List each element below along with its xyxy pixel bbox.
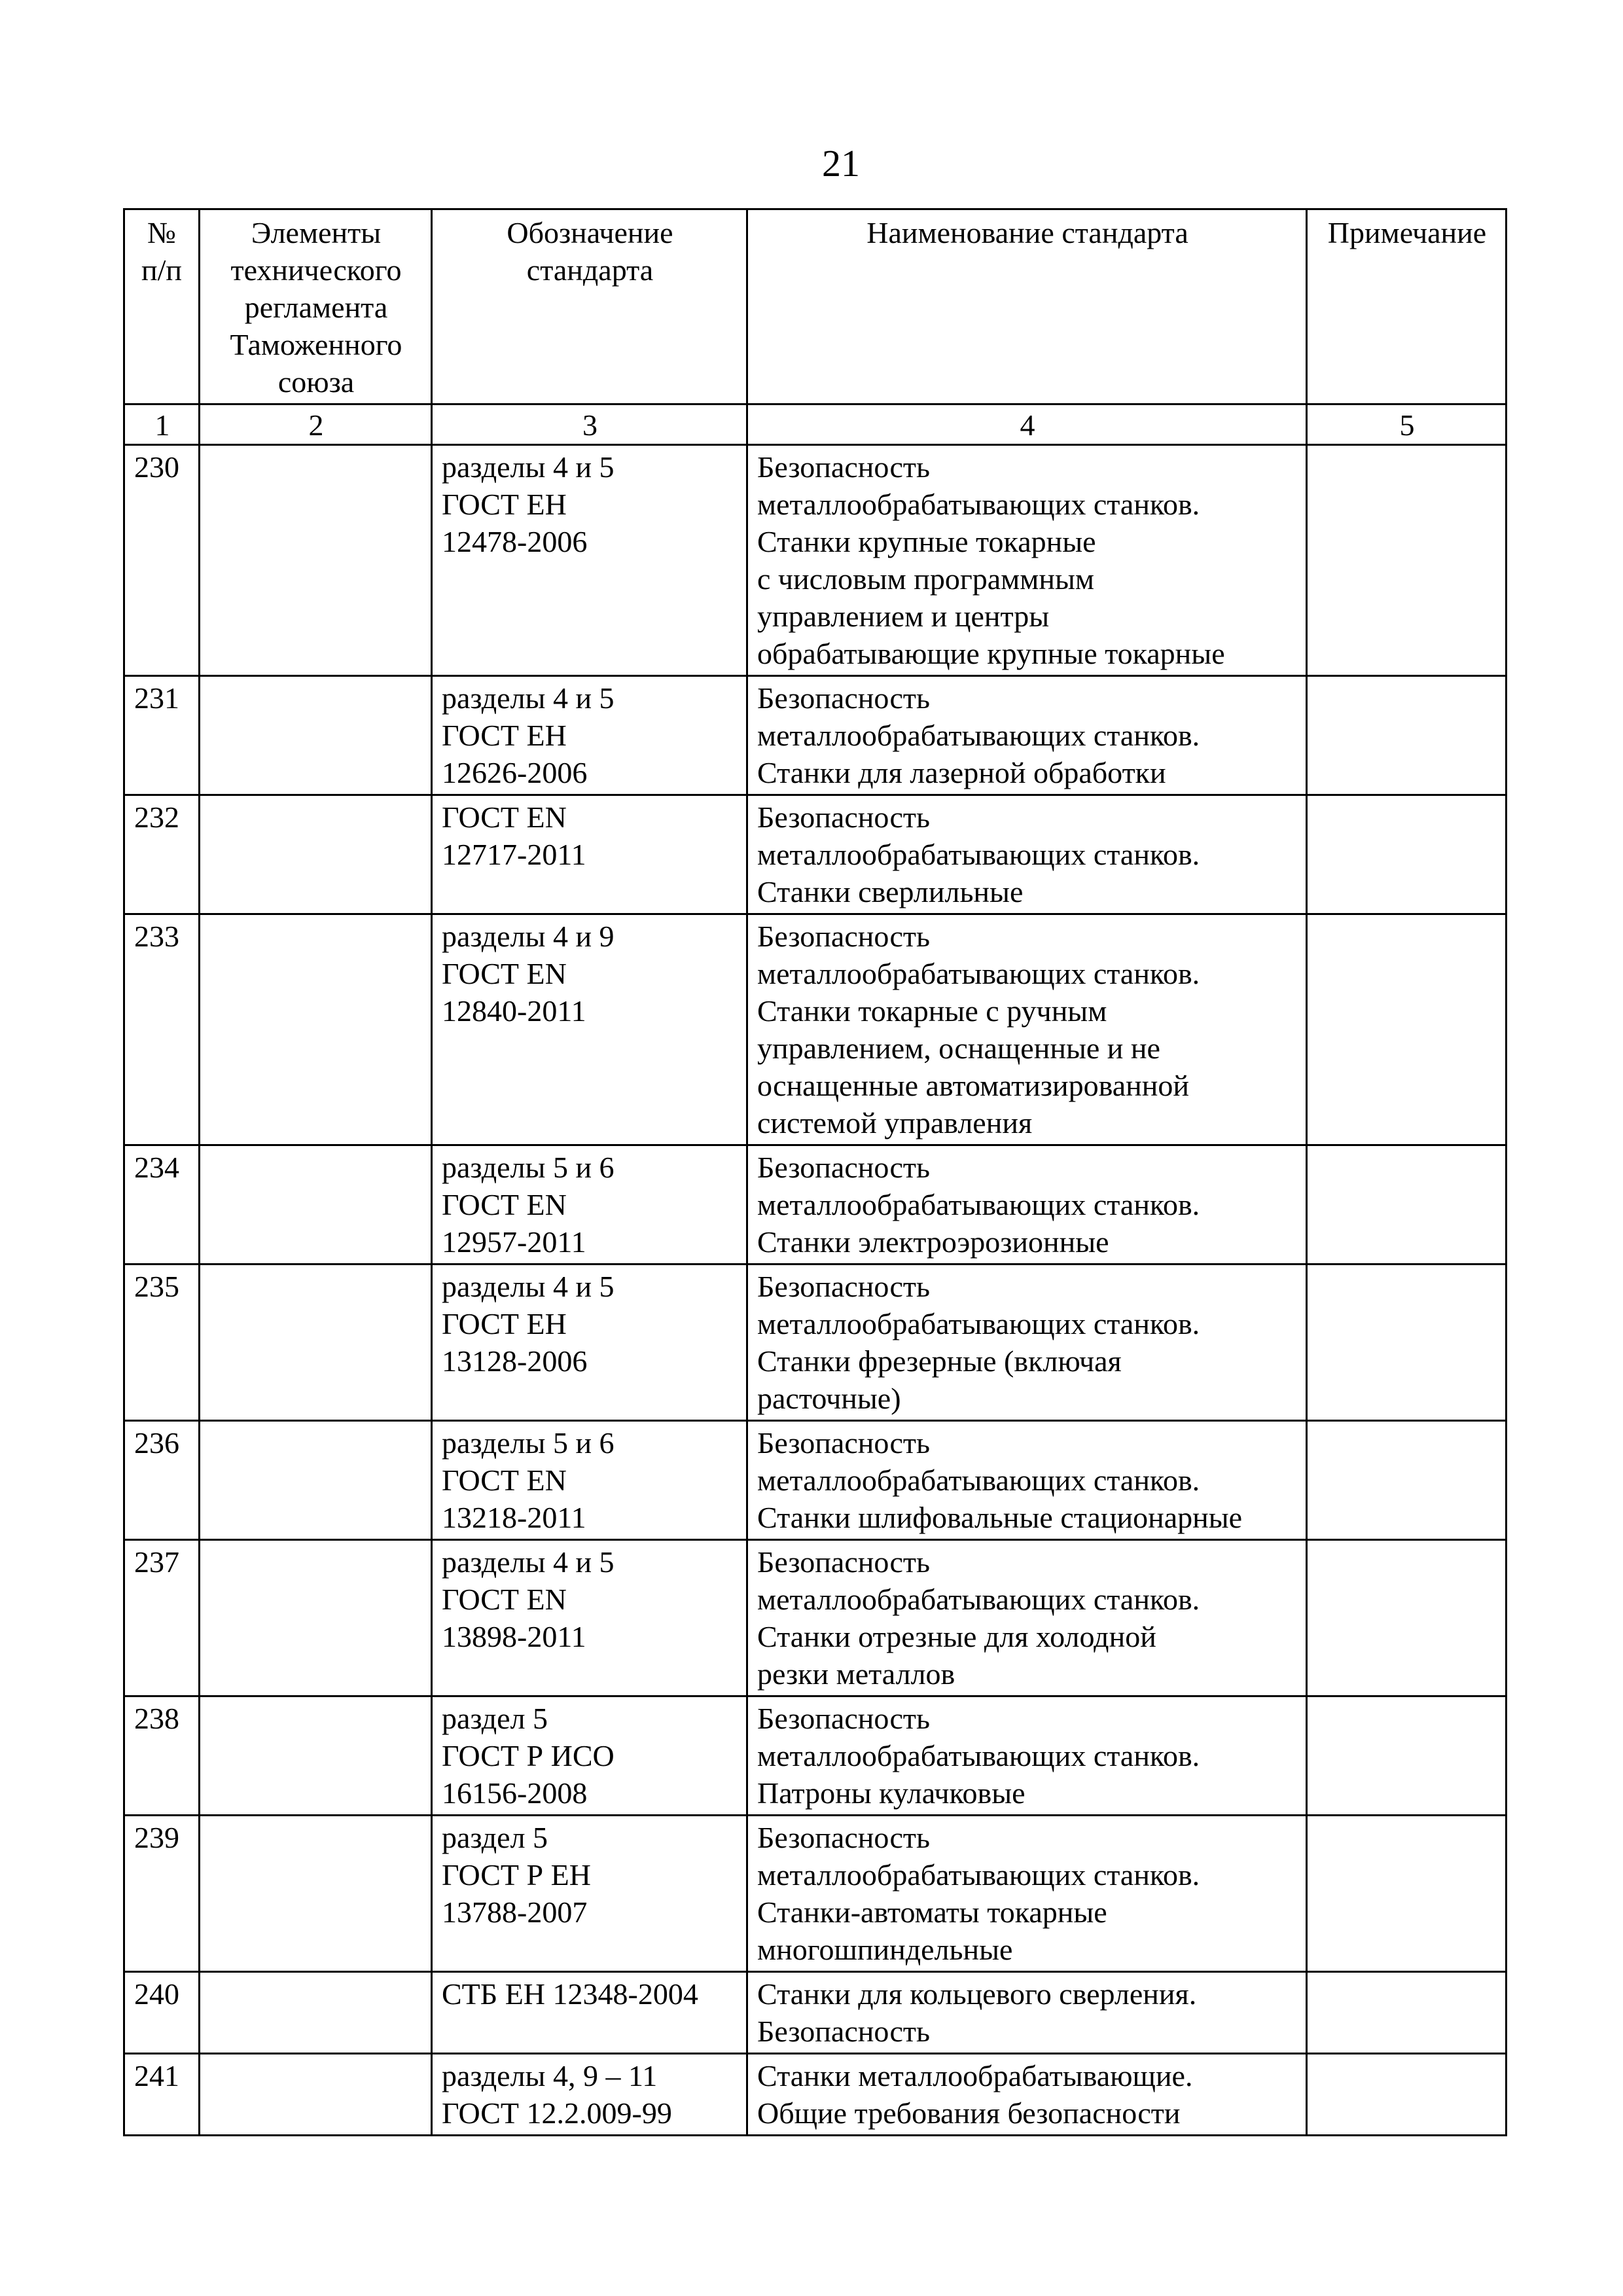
table-row: 230разделы 4 и 5ГОСТ ЕН12478-2006Безопас… [124,445,1507,676]
text-line: 12957-2011 [442,1223,738,1261]
row-number: 234 [124,1145,200,1265]
standard-name: Безопасностьметаллообрабатывающих станко… [747,1816,1307,1972]
text-line: 12478-2006 [442,523,738,560]
standard-designation: разделы 4 и 5ГОСТ EN13898-2011 [432,1540,747,1696]
table-row: 231разделы 4 и 5ГОСТ ЕН12626-2006Безопас… [124,676,1507,795]
row-number: 237 [124,1540,200,1696]
standard-name: Безопасностьметаллообрабатывающих станко… [747,914,1307,1145]
text-line: разделы 4 и 9 [442,918,738,955]
standard-designation: разделы 5 и 6ГОСТ EN13218-2011 [432,1421,747,1540]
regulation-element [200,676,432,795]
table-row: 235разделы 4 и 5ГОСТ ЕН13128-2006Безопас… [124,1265,1507,1421]
text-line: 12626-2006 [442,754,738,791]
standards-table: №п/п ЭлементытехническогорегламентаТамож… [123,208,1507,2136]
header-note: Примечание [1307,209,1507,404]
text-line: системой управления [757,1104,1298,1141]
text-line: резки металлов [757,1655,1298,1693]
text-line: 13128-2006 [442,1342,738,1380]
text-line: Станки крупные токарные [757,523,1298,560]
table-row: 239раздел 5ГОСТ Р ЕН13788-2007Безопаснос… [124,1816,1507,1972]
text-line: металлообрабатывающих станков. [757,1305,1298,1342]
row-number: 232 [124,795,200,914]
column-number: 1 [124,404,200,445]
text-line: ГОСТ ЕН [442,717,738,754]
note [1307,1540,1507,1696]
table-row: 240СТБ ЕН 12348-2004Станки для кольцевог… [124,1972,1507,2054]
note [1307,1816,1507,1972]
text-line: п/п [128,251,196,289]
text-line: № [128,214,196,251]
standard-name: Безопасностьметаллообрабатывающих станко… [747,1696,1307,1816]
note [1307,914,1507,1145]
text-line: Станки для кольцевого сверления. [757,1975,1298,2013]
standard-designation: разделы 4 и 5ГОСТ ЕН13128-2006 [432,1265,747,1421]
text-line: металлообрабатывающих станков. [757,836,1298,873]
standard-name: Безопасностьметаллообрабатывающих станко… [747,1421,1307,1540]
standard-designation: разделы 4 и 5ГОСТ ЕН12478-2006 [432,445,747,676]
text-line: Патроны кулачковые [757,1774,1298,1812]
standard-designation: раздел 5ГОСТ Р ЕН13788-2007 [432,1816,747,1972]
column-number: 5 [1307,404,1507,445]
standard-designation: разделы 4 и 5ГОСТ ЕН12626-2006 [432,676,747,795]
text-line: с числовым программным [757,560,1298,598]
text-line: 13898-2011 [442,1618,738,1655]
text-line: металлообрабатывающих станков. [757,1462,1298,1499]
text-line: Станки металлообрабатывающие. [757,2057,1298,2094]
regulation-element [200,1540,432,1696]
text-line: Безопасность [757,798,1298,836]
text-line: металлообрабатывающих станков. [757,1581,1298,1618]
text-line: ГОСТ ЕН [442,1305,738,1342]
text-line: 16156-2008 [442,1774,738,1812]
standard-designation: разделы 4 и 9ГОСТ EN12840-2011 [432,914,747,1145]
text-line: Станки фрезерные (включая [757,1342,1298,1380]
regulation-element [200,1421,432,1540]
text-line: разделы 4 и 5 [442,1543,738,1581]
text-line: многошпиндельные [757,1931,1298,1968]
note [1307,1972,1507,2054]
page-number: 21 [0,141,1623,187]
standard-name: Безопасностьметаллообрабатывающих станко… [747,1145,1307,1265]
text-line: разделы 5 и 6 [442,1149,738,1186]
note [1307,1265,1507,1421]
column-number: 4 [747,404,1307,445]
note [1307,1421,1507,1540]
regulation-element [200,914,432,1145]
note [1307,676,1507,795]
text-line: ГОСТ EN [442,798,738,836]
table-body: 230разделы 4 и 5ГОСТ ЕН12478-2006Безопас… [124,445,1507,2136]
text-line: Наименование стандарта [757,214,1298,251]
text-line: Безопасность [757,1424,1298,1462]
regulation-element [200,1972,432,2054]
table-row: 241разделы 4, 9 – 11ГОСТ 12.2.009-99Стан… [124,2054,1507,2136]
text-line: Элементы [209,214,423,251]
row-number: 241 [124,2054,200,2136]
text-line: ГОСТ Р ЕН [442,1856,738,1893]
row-number: 231 [124,676,200,795]
regulation-element [200,1816,432,1972]
note [1307,795,1507,914]
text-line: Таможенного [209,326,423,363]
table-row: 237разделы 4 и 5ГОСТ EN13898-2011Безопас… [124,1540,1507,1696]
note [1307,1145,1507,1265]
regulation-element [200,2054,432,2136]
text-line: разделы 4 и 5 [442,448,738,486]
regulation-element [200,445,432,676]
text-line: обрабатывающие крупные токарные [757,635,1298,672]
text-line: Станки шлифовальные стационарные [757,1499,1298,1536]
text-line: разделы 4, 9 – 11 [442,2057,738,2094]
text-line: Обозначение [442,214,738,251]
text-line: разделы 4 и 5 [442,679,738,717]
text-line: металлообрабатывающих станков. [757,1186,1298,1223]
text-line: расточные) [757,1380,1298,1417]
row-number: 236 [124,1421,200,1540]
standard-designation: раздел 5ГОСТ Р ИСО16156-2008 [432,1696,747,1816]
row-number: 240 [124,1972,200,2054]
text-line: раздел 5 [442,1819,738,1856]
standard-designation: СТБ ЕН 12348-2004 [432,1972,747,2054]
note [1307,2054,1507,2136]
table-row: 238раздел 5ГОСТ Р ИСО16156-2008Безопасно… [124,1696,1507,1816]
text-line: ГОСТ EN [442,1581,738,1618]
text-line: Безопасность [757,918,1298,955]
header-elements: ЭлементытехническогорегламентаТаможенног… [200,209,432,404]
text-line: Примечание [1317,214,1497,251]
table-row: 236разделы 5 и 6ГОСТ EN13218-2011Безопас… [124,1421,1507,1540]
standard-name: Безопасностьметаллообрабатывающих станко… [747,1540,1307,1696]
text-line: Общие требования безопасности [757,2094,1298,2132]
text-line: стандарта [442,251,738,289]
text-line: Станки сверлильные [757,873,1298,910]
text-line: разделы 4 и 5 [442,1268,738,1305]
regulation-element [200,1696,432,1816]
column-number: 2 [200,404,432,445]
text-line: металлообрабатывающих станков. [757,717,1298,754]
text-line: Станки отрезные для холодной [757,1618,1298,1655]
text-line: 13788-2007 [442,1893,738,1931]
regulation-element [200,1265,432,1421]
standard-name: Безопасностьметаллообрабатывающих станко… [747,445,1307,676]
column-number: 3 [432,404,747,445]
standard-designation: разделы 5 и 6ГОСТ EN12957-2011 [432,1145,747,1265]
row-number: 235 [124,1265,200,1421]
table-row: 234разделы 5 и 6ГОСТ EN12957-2011Безопас… [124,1145,1507,1265]
standard-name: Безопасностьметаллообрабатывающих станко… [747,1265,1307,1421]
text-line: Безопасность [757,1543,1298,1581]
text-line: ГОСТ EN [442,1186,738,1223]
text-line: Станки электроэрозионные [757,1223,1298,1261]
standard-designation: ГОСТ EN12717-2011 [432,795,747,914]
regulation-element [200,795,432,914]
standard-name: Станки металлообрабатывающие.Общие требо… [747,2054,1307,2136]
text-line: ГОСТ EN [442,1462,738,1499]
row-number: 230 [124,445,200,676]
text-line: СТБ ЕН 12348-2004 [442,1975,738,2013]
text-line: управлением, оснащенные и не [757,1030,1298,1067]
regulation-element [200,1145,432,1265]
text-line: разделы 5 и 6 [442,1424,738,1462]
note [1307,1696,1507,1816]
text-line: регламента [209,289,423,326]
text-line: ГОСТ EN [442,955,738,992]
text-line: Безопасность [757,1700,1298,1737]
text-line: управлением и центры [757,598,1298,635]
column-number-row: 1 2 3 4 5 [124,404,1507,445]
text-line: союза [209,363,423,401]
text-line: технического [209,251,423,289]
row-number: 239 [124,1816,200,1972]
text-line: металлообрабатывающих станков. [757,955,1298,992]
standard-name: Станки для кольцевого сверления.Безопасн… [747,1972,1307,2054]
text-line: металлообрабатывающих станков. [757,1856,1298,1893]
text-line: ГОСТ 12.2.009-99 [442,2094,738,2132]
text-line: Безопасность [757,1268,1298,1305]
text-line: металлообрабатывающих станков. [757,1737,1298,1774]
text-line: Станки для лазерной обработки [757,754,1298,791]
table-row: 233разделы 4 и 9ГОСТ EN12840-2011Безопас… [124,914,1507,1145]
text-line: Станки токарные с ручным [757,992,1298,1030]
header-standard-name: Наименование стандарта [747,209,1307,404]
text-line: Безопасность [757,448,1298,486]
table-header-row: №п/п ЭлементытехническогорегламентаТамож… [124,209,1507,404]
text-line: 12840-2011 [442,992,738,1030]
note [1307,445,1507,676]
text-line: оснащенные автоматизированной [757,1067,1298,1104]
standard-name: Безопасностьметаллообрабатывающих станко… [747,795,1307,914]
text-line: 13218-2011 [442,1499,738,1536]
text-line: Безопасность [757,2013,1298,2050]
header-number: №п/п [124,209,200,404]
row-number: 233 [124,914,200,1145]
text-line: металлообрабатывающих станков. [757,486,1298,523]
header-designation: Обозначениестандарта [432,209,747,404]
text-line: ГОСТ ЕН [442,486,738,523]
text-line: раздел 5 [442,1700,738,1737]
text-line: Станки-автоматы токарные [757,1893,1298,1931]
row-number: 238 [124,1696,200,1816]
text-line: 12717-2011 [442,836,738,873]
text-line: Безопасность [757,679,1298,717]
standard-designation: разделы 4, 9 – 11ГОСТ 12.2.009-99 [432,2054,747,2136]
text-line: Безопасность [757,1149,1298,1186]
text-line: Безопасность [757,1819,1298,1856]
standard-name: Безопасностьметаллообрабатывающих станко… [747,676,1307,795]
text-line: ГОСТ Р ИСО [442,1737,738,1774]
table-row: 232ГОСТ EN12717-2011Безопасностьметаллоо… [124,795,1507,914]
